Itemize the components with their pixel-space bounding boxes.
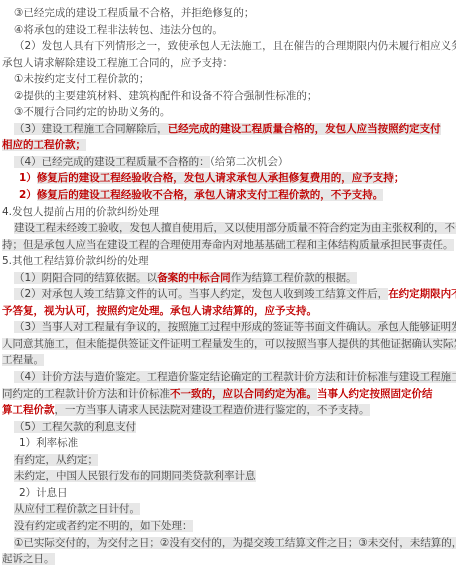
text-segment: 有约定，从约定； xyxy=(14,454,98,466)
text-line: ③已经完成的建设工程质量不合格，并拒绝修复的； xyxy=(2,5,454,22)
text-segment: （3）建设工程施工合同解除后， xyxy=(14,123,168,135)
text-segment: ； xyxy=(394,172,405,184)
text-line: 算工程价款，一方当事人请求人民法院对建设工程造价进行鉴定的，不予支持。 xyxy=(2,402,454,419)
text-segment: 持；但是承包人应当在建设工程的合理使用寿命内对地基基础工程和主体结构质量承担民事… xyxy=(2,239,454,251)
text-line: （4）计价方法与造价鉴定。工程造价鉴定结论确定的工程款计价方法和计价标准与建设工… xyxy=(2,369,454,386)
text-line: 4.发包人提前占用的价款纠纷处理 xyxy=(2,204,454,221)
text-segment: 2） xyxy=(19,189,37,201)
text-line: （3）当事人对工程量有争议的，按照施工过程中形成的签证等书面文件确认。承包人能够… xyxy=(2,319,454,336)
text-line: （5）工程欠款的利息支付 xyxy=(2,419,454,436)
text-line: 同约定的工程款计价方法和计价标准不一致的，应以合同约定为准。当事人约定按照固定价… xyxy=(2,386,454,403)
text-line: 2）计息日 xyxy=(2,485,454,502)
text-segment: 工程量。 xyxy=(2,354,44,366)
text-segment: 修复后的建设工程经验收不合格，承包人请求支付工程价款的，不予支持。 xyxy=(37,189,384,201)
text-segment: （2）发包人具有下列情形之一，致使承包人无法施工，且在催告的合理期限内仍未履行相… xyxy=(14,40,456,52)
text-segment: （给第二次机会） xyxy=(210,156,289,168)
text-segment: 起诉之日。 xyxy=(2,553,55,565)
text-segment: 修复后的建设工程经验收合格，发包人请求承包人承担修复费用的，应予支持 xyxy=(37,172,394,184)
text-line: 没有约定或者约定不明的，如下处理： xyxy=(2,518,454,535)
text-segment: （5）工程欠款的利息支付 xyxy=(14,421,136,433)
text-line: （4）已经完成的建设工程质量不合格的：（给第二次机会） xyxy=(2,154,454,171)
text-line: 未约定，中国人民银行发布的同期同类贷款利率计息 xyxy=(2,468,454,485)
text-segment: ③不履行合同约定的协助义务的。 xyxy=(14,106,170,118)
text-segment: 算工程价款 xyxy=(2,404,55,416)
text-segment: 没有约定或者约定不明的，如下处理： xyxy=(14,520,193,532)
text-line: 予答复，视为认可，按照约定处理。承包人请求结算的，应予支持。 xyxy=(2,303,454,320)
text-segment: ④将承包的建设工程非法转包、违法分包的。 xyxy=(14,24,223,36)
text-segment: ①已实际交付的，为交付之日；②没有交付的，为提交竣工结算文件之日；③未交付，未结… xyxy=(14,537,456,549)
text-segment: （3）当事人对工程量有争议的，按照施工过程中形成的签证等书面文件确认。承包人能够… xyxy=(14,321,456,333)
text-line: 从应付工程价款之日计付。 xyxy=(2,501,454,518)
text-segment: 2）计息日 xyxy=(19,487,68,499)
text-segment: 5.其他工程结算价款纠纷的处理 xyxy=(2,255,149,267)
text-segment: （2）对承包人竣工结算文件的认可。当事人约定，发包人收到竣工结算文件后， xyxy=(14,288,388,300)
text-line: 建设工程未经竣工验收，发包人擅自使用后，又以使用部分质量不符合约定为由主张权利的… xyxy=(2,220,454,237)
text-segment: ，一方当事人请求人民法院对建设工程造价进行鉴定的，不予支持。 xyxy=(55,404,370,416)
text-line: 承包人请求解除建设工程施工合同的，应予支持： xyxy=(2,55,454,72)
text-segment: 4.发包人提前占用的价款纠纷处理 xyxy=(2,206,159,218)
text-line: ④将承包的建设工程非法转包、违法分包的。 xyxy=(2,22,454,39)
text-segment: 当事人约定按照固定价结 xyxy=(317,388,433,400)
text-line: 人同意其施工，但未能提供签证文件证明工程量发生的，可以按照当事人提供的其他证据确… xyxy=(2,336,454,353)
text-segment: ③已经完成的建设工程质量不合格，并拒绝修复的； xyxy=(14,7,254,19)
text-segment: 1） xyxy=(19,172,37,184)
text-segment: 已经完成的建设工程质量合格的，发包人应当按照约定支付 xyxy=(168,123,441,135)
text-segment: 在约定期限内不 xyxy=(388,288,456,300)
text-line: （2）发包人具有下列情形之一，致使承包人无法施工，且在催告的合理期限内仍未履行相… xyxy=(2,38,454,55)
text-segment: 从应付工程价款之日计付。 xyxy=(14,503,140,515)
text-segment: 承包人请求解除建设工程施工合同的，应予支持： xyxy=(2,57,233,69)
text-segment: （1）阴阳合同的结算依据。以 xyxy=(14,272,157,284)
text-segment: （4）计价方法与造价鉴定。工程造价鉴定结论确定的工程款计价方法和计价标准与建设工… xyxy=(14,371,456,383)
text-line: 1）修复后的建设工程经验收合格，发包人请求承包人承担修复费用的，应予支持； xyxy=(2,170,454,187)
text-line: 5.其他工程结算价款纠纷的处理 xyxy=(2,253,454,270)
text-line: （1）阴阳合同的结算依据。以备案的中标合同作为结算工程价款的根据。 xyxy=(2,270,454,287)
text-line: 持；但是承包人应当在建设工程的合理使用寿命内对地基基础工程和主体结构质量承担民事… xyxy=(2,237,454,254)
text-line: 2）修复后的建设工程经验收不合格，承包人请求支付工程价款的，不予支持。 xyxy=(2,187,454,204)
text-segment: 建设工程未经竣工验收，发包人擅自使用后，又以使用部分质量不符合约定为由主张权利的… xyxy=(14,222,456,234)
text-segment: 作为结算工程价款的根据。 xyxy=(231,272,357,284)
text-line: （2）对承包人竣工结算文件的认可。当事人约定，发包人收到竣工结算文件后，在约定期… xyxy=(2,286,454,303)
text-line: （3）建设工程施工合同解除后，已经完成的建设工程质量合格的，发包人应当按照约定支… xyxy=(2,121,454,138)
text-segment: 不一致的，应以合同约定为准。 xyxy=(170,388,317,400)
text-line: 有约定，从约定； xyxy=(2,452,454,469)
text-line: ①未按约定支付工程价款的； xyxy=(2,71,454,88)
text-segment: 未约定，中国人民银行发布的同期同类贷款利率计息 xyxy=(14,470,256,482)
text-segment: 相应的工程价款； xyxy=(2,139,86,151)
text-segment: 1）利率标准 xyxy=(19,437,78,449)
text-line: ②提供的主要建筑材料、建筑构配件和设备不符合强制性标准的； xyxy=(2,88,454,105)
document-body: ③已经完成的建设工程质量不合格，并拒绝修复的；④将承包的建设工程非法转包、违法分… xyxy=(2,5,454,568)
text-segment: 备案的中标合同 xyxy=(157,272,231,284)
text-line: ③不履行合同约定的协助义务的。 xyxy=(2,104,454,121)
text-segment: （4）已经完成的建设工程质量不合格的： xyxy=(14,156,210,168)
text-segment: ①未按约定支付工程价款的； xyxy=(14,73,149,85)
text-segment: ②提供的主要建筑材料、建筑构配件和设备不符合强制性标准的； xyxy=(14,90,317,102)
text-line: 起诉之日。 xyxy=(2,551,454,568)
text-segment: 人同意其施工，但未能提供签证文件证明工程量发生的，可以按照当事人提供的其他证据确… xyxy=(2,338,456,350)
text-line: 工程量。 xyxy=(2,352,454,369)
text-segment: 同约定的工程款计价方法和计价标准 xyxy=(2,388,170,400)
text-line: 相应的工程价款； xyxy=(2,137,454,154)
text-line: ①已实际交付的，为交付之日；②没有交付的，为提交竣工结算文件之日；③未交付，未结… xyxy=(2,535,454,552)
document-page: ③已经完成的建设工程质量不合格，并拒绝修复的；④将承包的建设工程非法转包、违法分… xyxy=(0,0,456,568)
text-line: 1）利率标准 xyxy=(2,435,454,452)
text-segment: 予答复，视为认可，按照约定处理。承包人请求结算的，应予支持。 xyxy=(2,305,317,317)
